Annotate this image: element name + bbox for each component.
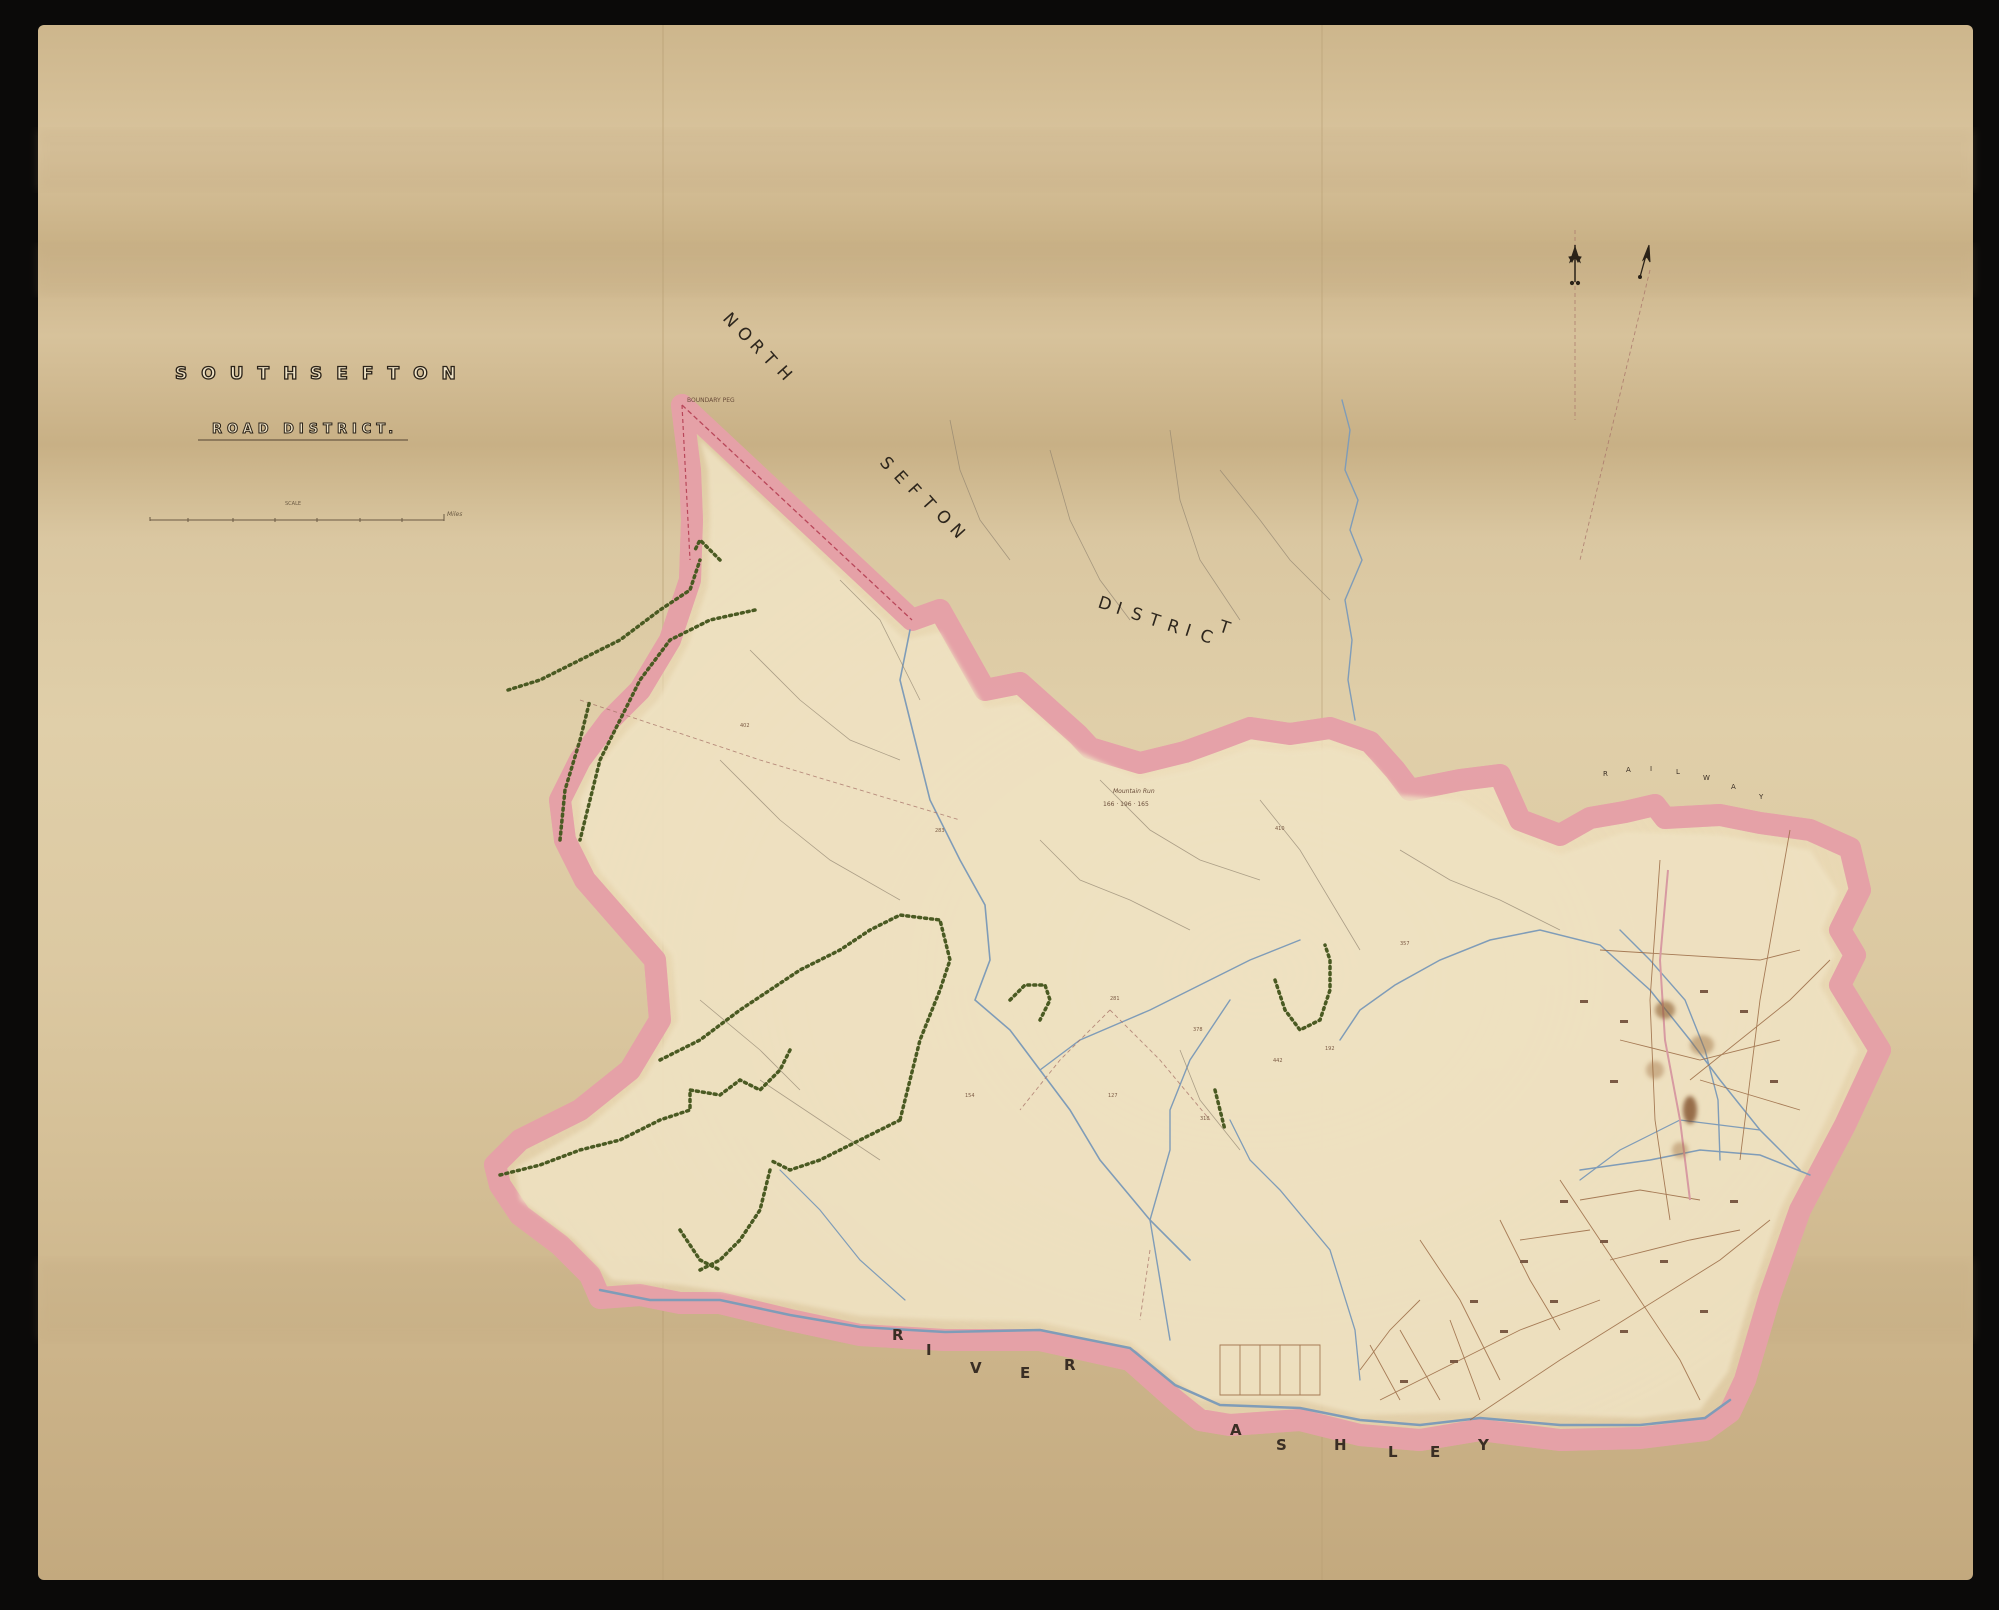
svg-text:442: 442 xyxy=(1273,1058,1283,1064)
map-frame: SOUTH SEFTON ROAD DISTRICT. SCALE Miles xyxy=(0,0,1999,1610)
svg-text:W: W xyxy=(1703,774,1710,782)
svg-text:410: 410 xyxy=(1275,826,1285,832)
svg-text:V: V xyxy=(970,1359,982,1377)
svg-text:I: I xyxy=(1650,765,1652,773)
svg-text:I: I xyxy=(926,1341,932,1359)
corner-point-label: BOUNDARY PEG xyxy=(687,397,735,404)
svg-text:192: 192 xyxy=(1325,1046,1335,1052)
run-numbers: 166 · 196 · 165 xyxy=(1103,801,1149,808)
svg-text:154: 154 xyxy=(965,1093,975,1099)
svg-text:357: 357 xyxy=(1400,941,1410,947)
svg-text:R: R xyxy=(1064,1356,1076,1374)
svg-text:281: 281 xyxy=(1110,996,1120,1002)
svg-text:L: L xyxy=(1676,768,1680,776)
svg-text:H: H xyxy=(1334,1436,1347,1454)
stain-band xyxy=(38,245,1973,295)
svg-text:L: L xyxy=(1388,1443,1398,1461)
svg-text:A: A xyxy=(1230,1421,1242,1439)
svg-text:E: E xyxy=(1020,1364,1030,1382)
svg-text:R: R xyxy=(892,1326,904,1344)
svg-text:A: A xyxy=(1626,766,1631,774)
svg-text:S: S xyxy=(1276,1436,1287,1454)
title-road-district: ROAD DISTRICT. xyxy=(212,422,398,437)
run-name-label: Mountain Run xyxy=(1113,788,1155,795)
svg-text:Y: Y xyxy=(1477,1436,1490,1454)
svg-text:318: 318 xyxy=(1200,1116,1210,1122)
svg-text:127: 127 xyxy=(1108,1093,1118,1099)
scale-label: SCALE xyxy=(285,501,301,507)
svg-text:A: A xyxy=(1731,783,1736,791)
scale-unit: Miles xyxy=(447,511,462,518)
svg-text:R: R xyxy=(1603,770,1608,778)
svg-text:402: 402 xyxy=(740,723,750,729)
svg-text:E: E xyxy=(1430,1443,1440,1461)
stain-band xyxy=(38,130,1973,190)
svg-text:378: 378 xyxy=(1193,1027,1203,1033)
map-canvas: SOUTH SEFTON ROAD DISTRICT. SCALE Miles xyxy=(0,0,1999,1610)
svg-text:Y: Y xyxy=(1758,793,1764,801)
title-south: SOUTH xyxy=(175,364,311,384)
title-sefton: SEFTON xyxy=(310,364,470,384)
svg-text:283: 283 xyxy=(935,828,945,834)
